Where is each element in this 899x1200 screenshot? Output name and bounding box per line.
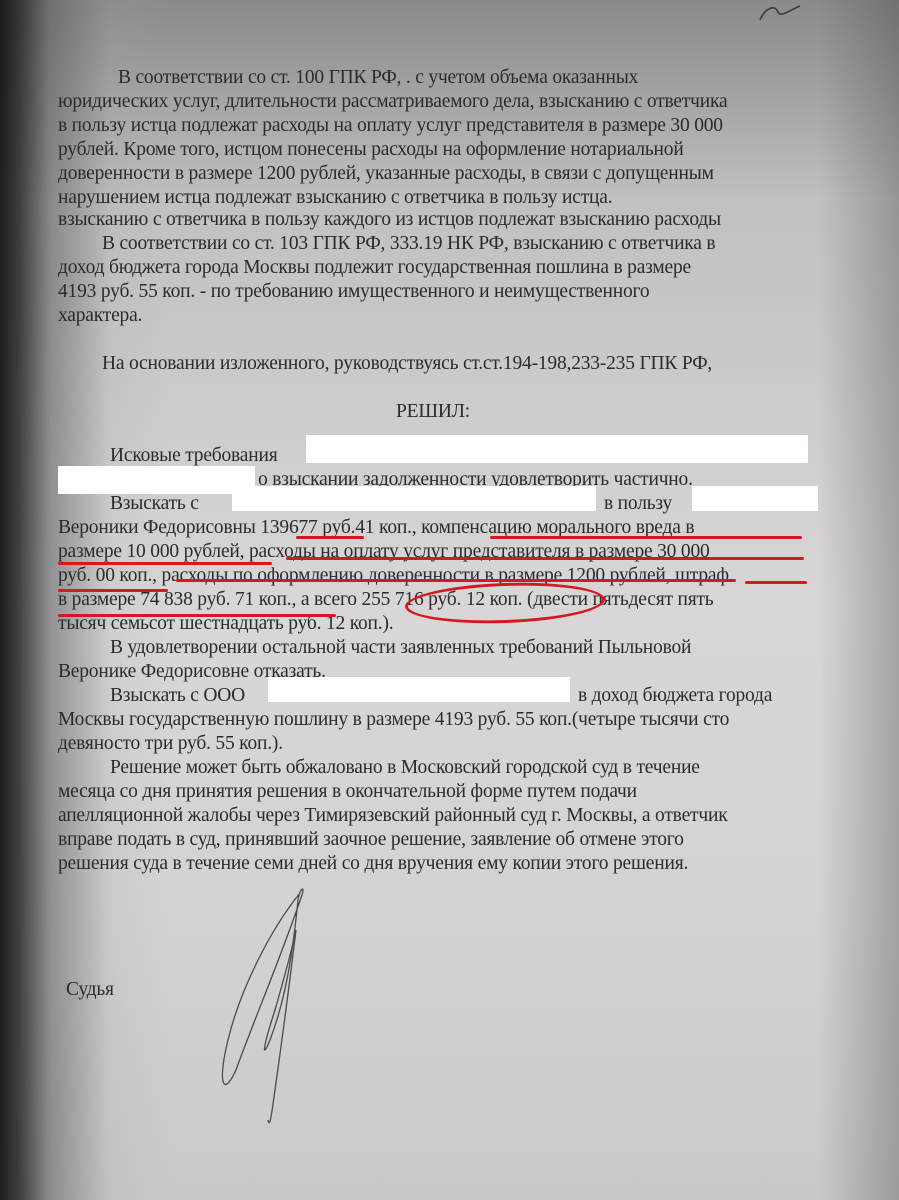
signature-icon (222, 889, 302, 1123)
highlight-underline (745, 581, 807, 584)
text-line: апелляционной жалобы через Тимирязевский… (58, 804, 727, 828)
text-line: юридических услуг, длительности рассматр… (58, 90, 798, 114)
text-line: руб. 00 коп., расходы по оформлению дове… (58, 564, 729, 588)
text-line: вправе подать в суд, принявший заочное р… (58, 828, 684, 852)
text-line: месяца со дня принятия решения в окончат… (58, 780, 637, 804)
text-line: В соответствии со ст. 103 ГПК РФ, 333.19… (102, 232, 715, 256)
text-line: Решение может быть обжаловано в Московск… (110, 756, 700, 780)
highlight-underline (58, 562, 272, 565)
text-line: Исковые требования (110, 444, 278, 468)
text-line: в пользу (604, 492, 672, 516)
text-line: В удовлетворении остальной части заявлен… (110, 636, 691, 660)
highlight-underline (490, 536, 802, 539)
text-line: нарушением истца подлежат взысканию с от… (58, 186, 612, 210)
text-line: в пользу истца подлежат расходы на оплат… (58, 114, 798, 138)
text-line: Взыскать с (110, 492, 199, 516)
document-page: В соответствии со ст. 100 ГПК РФ, . с уч… (0, 0, 899, 1200)
text-line: В соответствии со ст. 100 ГПК РФ, . с уч… (118, 66, 798, 90)
redaction-box (58, 466, 255, 494)
redaction-box (306, 435, 808, 463)
text-line: характера. (58, 304, 142, 328)
text-line: взысканию с ответчика в пользу каждого и… (58, 208, 721, 232)
highlight-underline (58, 589, 168, 592)
redaction-box (232, 486, 596, 511)
text-line: решения суда в течение семи дней со дня … (58, 852, 688, 876)
text-line: в доход бюджета города (578, 684, 772, 708)
text-line: размере 10 000 рублей, расходы на оплату… (58, 540, 710, 564)
legal-basis: На основании изложенного, руководствуясь… (102, 352, 712, 376)
highlight-underline (58, 614, 336, 617)
text-line: Москвы государственную пошлину в размере… (58, 708, 729, 732)
redaction-box (268, 677, 570, 702)
highlight-underline (296, 536, 364, 539)
text-line: девяносто три руб. 55 коп.). (58, 732, 283, 756)
text-line: доход бюджета города Москвы подлежит гос… (58, 256, 691, 280)
decision-heading: РЕШИЛ: (396, 400, 470, 424)
highlight-underline (286, 557, 804, 560)
redaction-box (692, 486, 818, 511)
text-line: рублей. Кроме того, истцом понесены расх… (58, 138, 798, 162)
highlight-underline (176, 579, 736, 582)
text-line: доверенности в размере 1200 рублей, указ… (58, 162, 798, 186)
signature-label: Судья (66, 978, 114, 1002)
text-line: Взыскать с ООО (110, 684, 245, 708)
text-line: 4193 руб. 55 коп. - по требованию имущес… (58, 280, 649, 304)
